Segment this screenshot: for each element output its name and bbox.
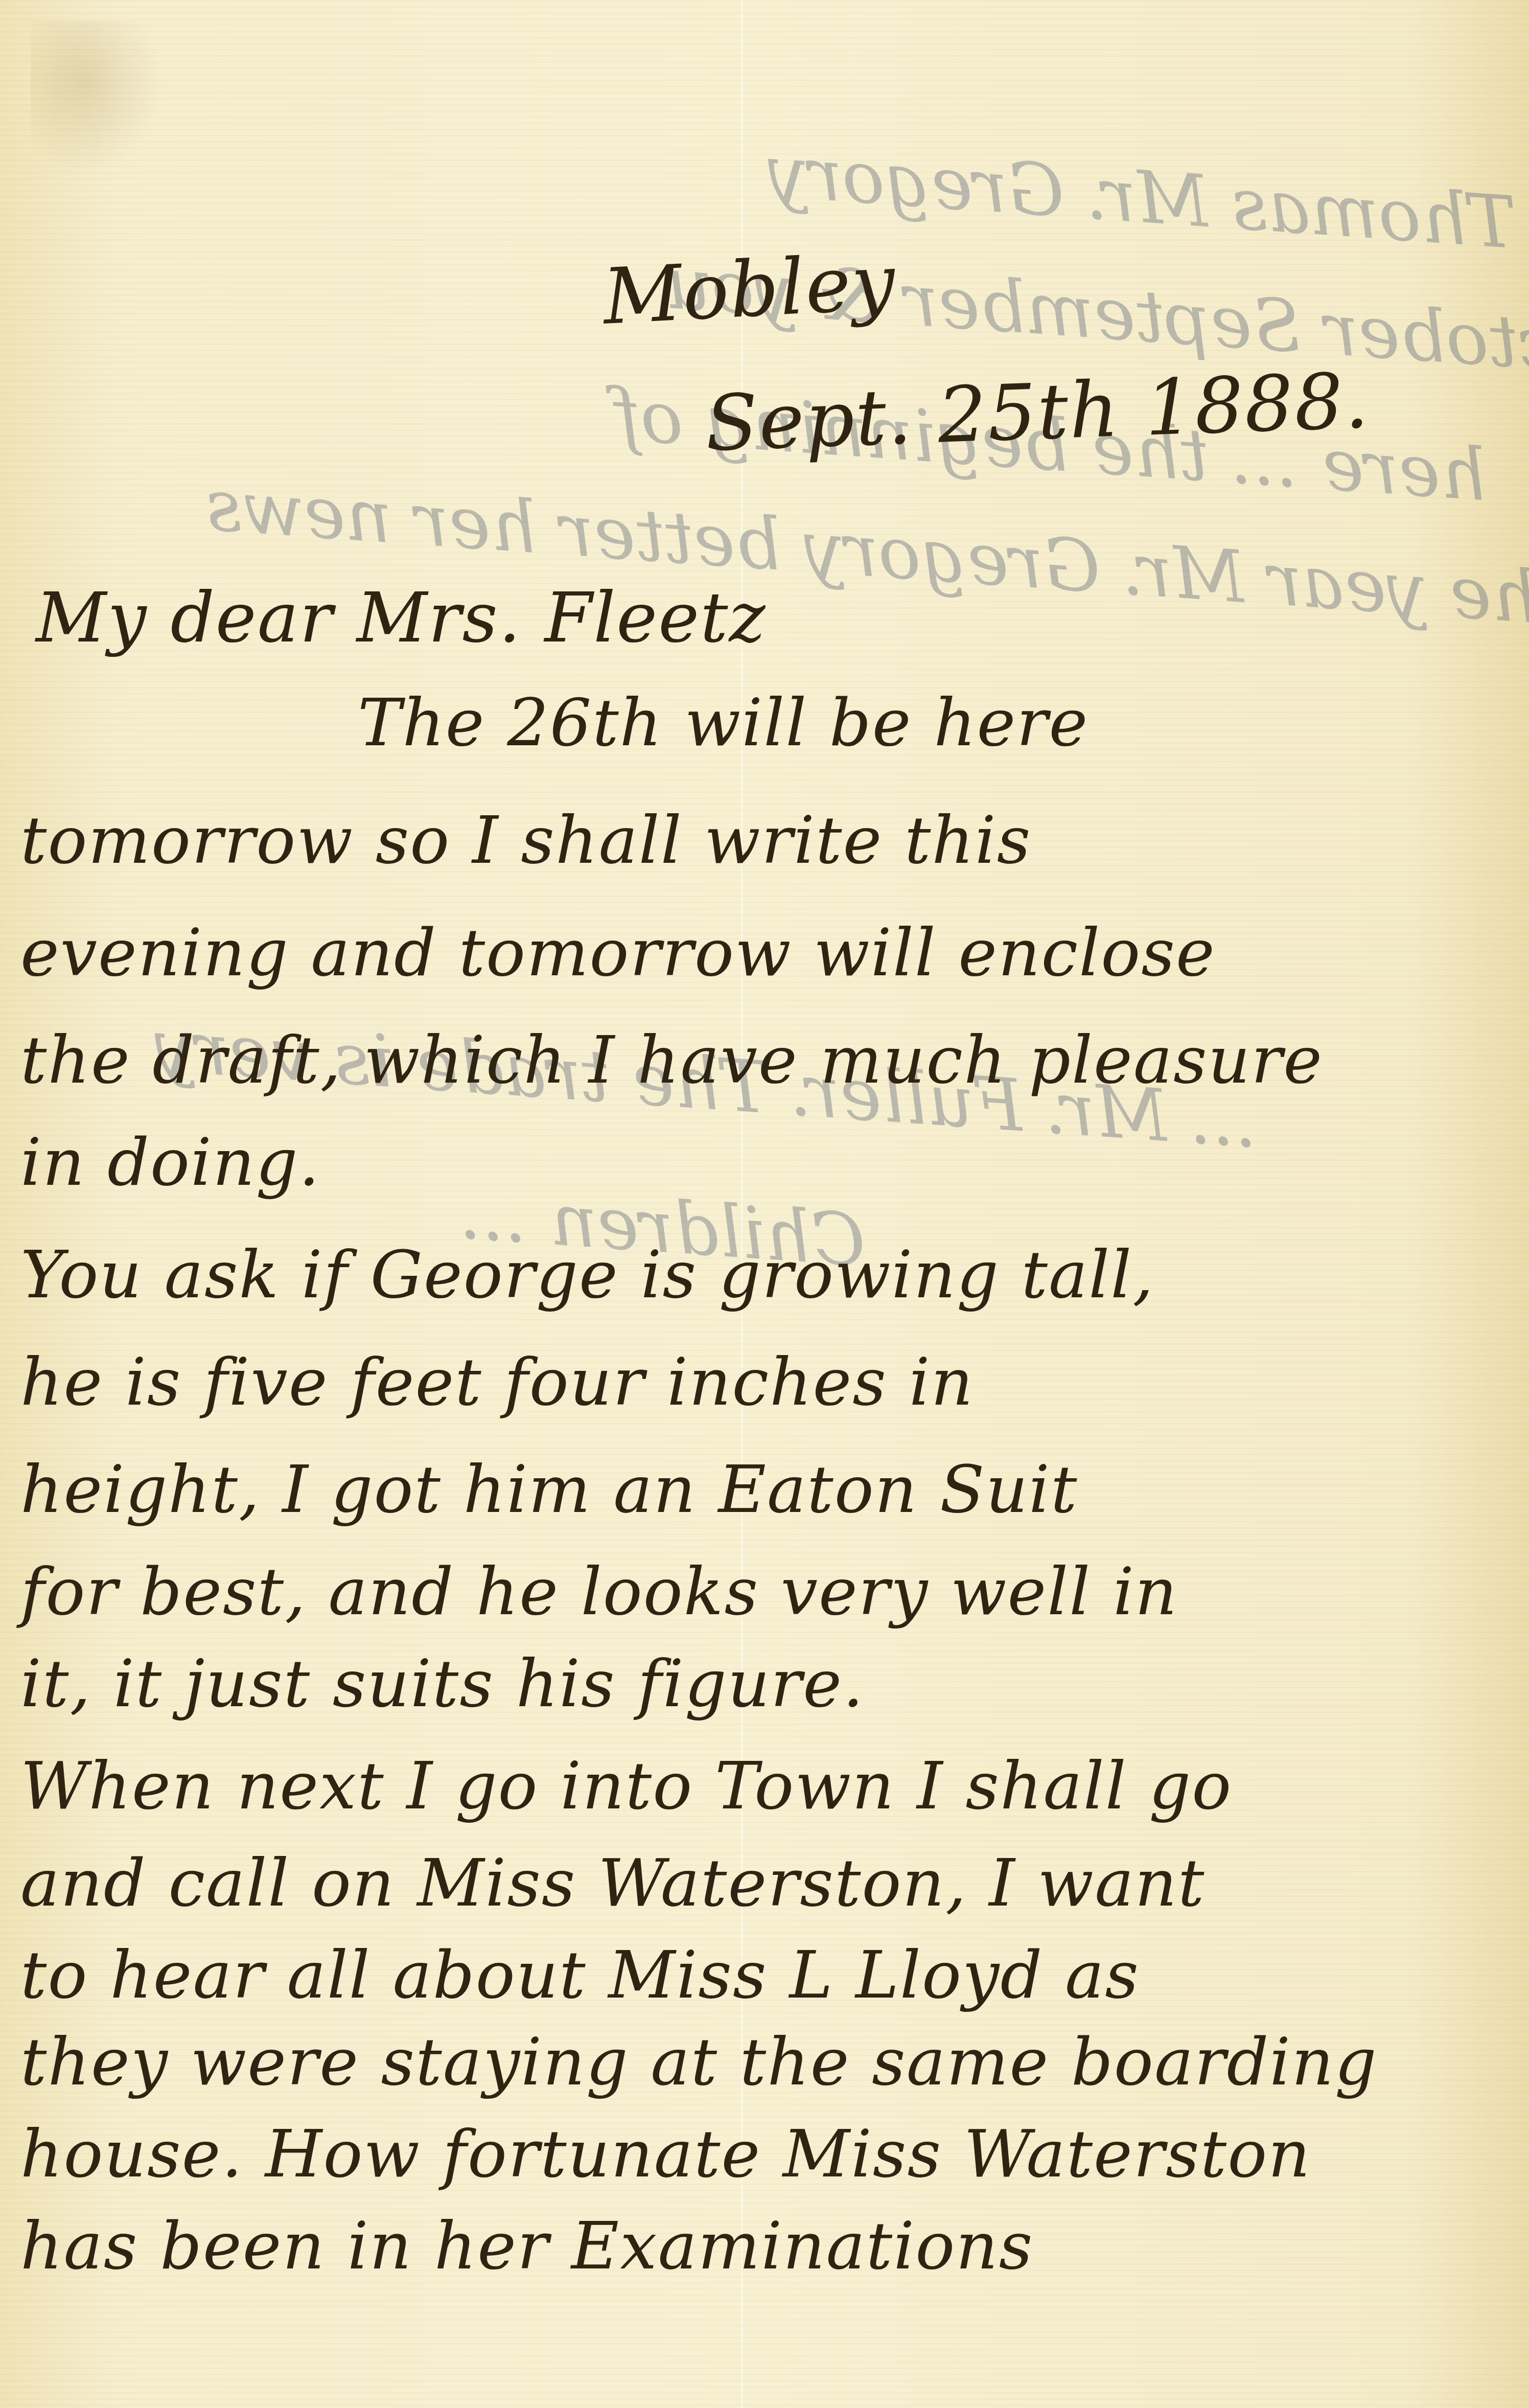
letter-body-line: has been in her Examinations <box>20 2208 1033 2284</box>
letter-body-line: When next I go into Town I shall go <box>20 1748 1232 1824</box>
letter-body-line: tomorrow so I shall write this <box>20 802 1031 879</box>
letter-body-line: evening and tomorrow will enclose <box>20 915 1216 991</box>
letter-body-line: it, it just suits his figure. <box>20 1646 865 1722</box>
letter-body-line: to hear all about Miss L Lloyd as <box>20 1937 1140 2013</box>
letter-body-line: the draft, which I have much pleasure <box>20 1022 1323 1098</box>
letter-body-line: for best, and he looks very well in <box>20 1554 1178 1630</box>
foxing-stain <box>31 20 164 174</box>
letter-body-line: he is five feet four inches in <box>20 1344 974 1420</box>
letter-body-line: and call on Miss Waterston, I want <box>20 1845 1205 1921</box>
letter-body-line: they were staying at the same boarding <box>20 2024 1378 2100</box>
letter-body-line: house. How fortunate Miss Waterston <box>20 2116 1311 2192</box>
letter-date: Sept. 25th 1888. <box>704 356 1371 468</box>
letter-body-line: You ask if George is growing tall, <box>20 1237 1154 1313</box>
letter-place: Mobley <box>601 238 898 342</box>
letter-salutation: My dear Mrs. Fleetz <box>36 578 767 658</box>
letter-body-line: height, I got him an Eaton Suit <box>20 1452 1078 1528</box>
letter-body-line: The 26th will be here <box>358 685 1088 761</box>
letter-body-line: in doing. <box>20 1125 320 1201</box>
letter-page: Called on Thomas Mr. Gregory the 20th Oc… <box>0 0 1529 2408</box>
